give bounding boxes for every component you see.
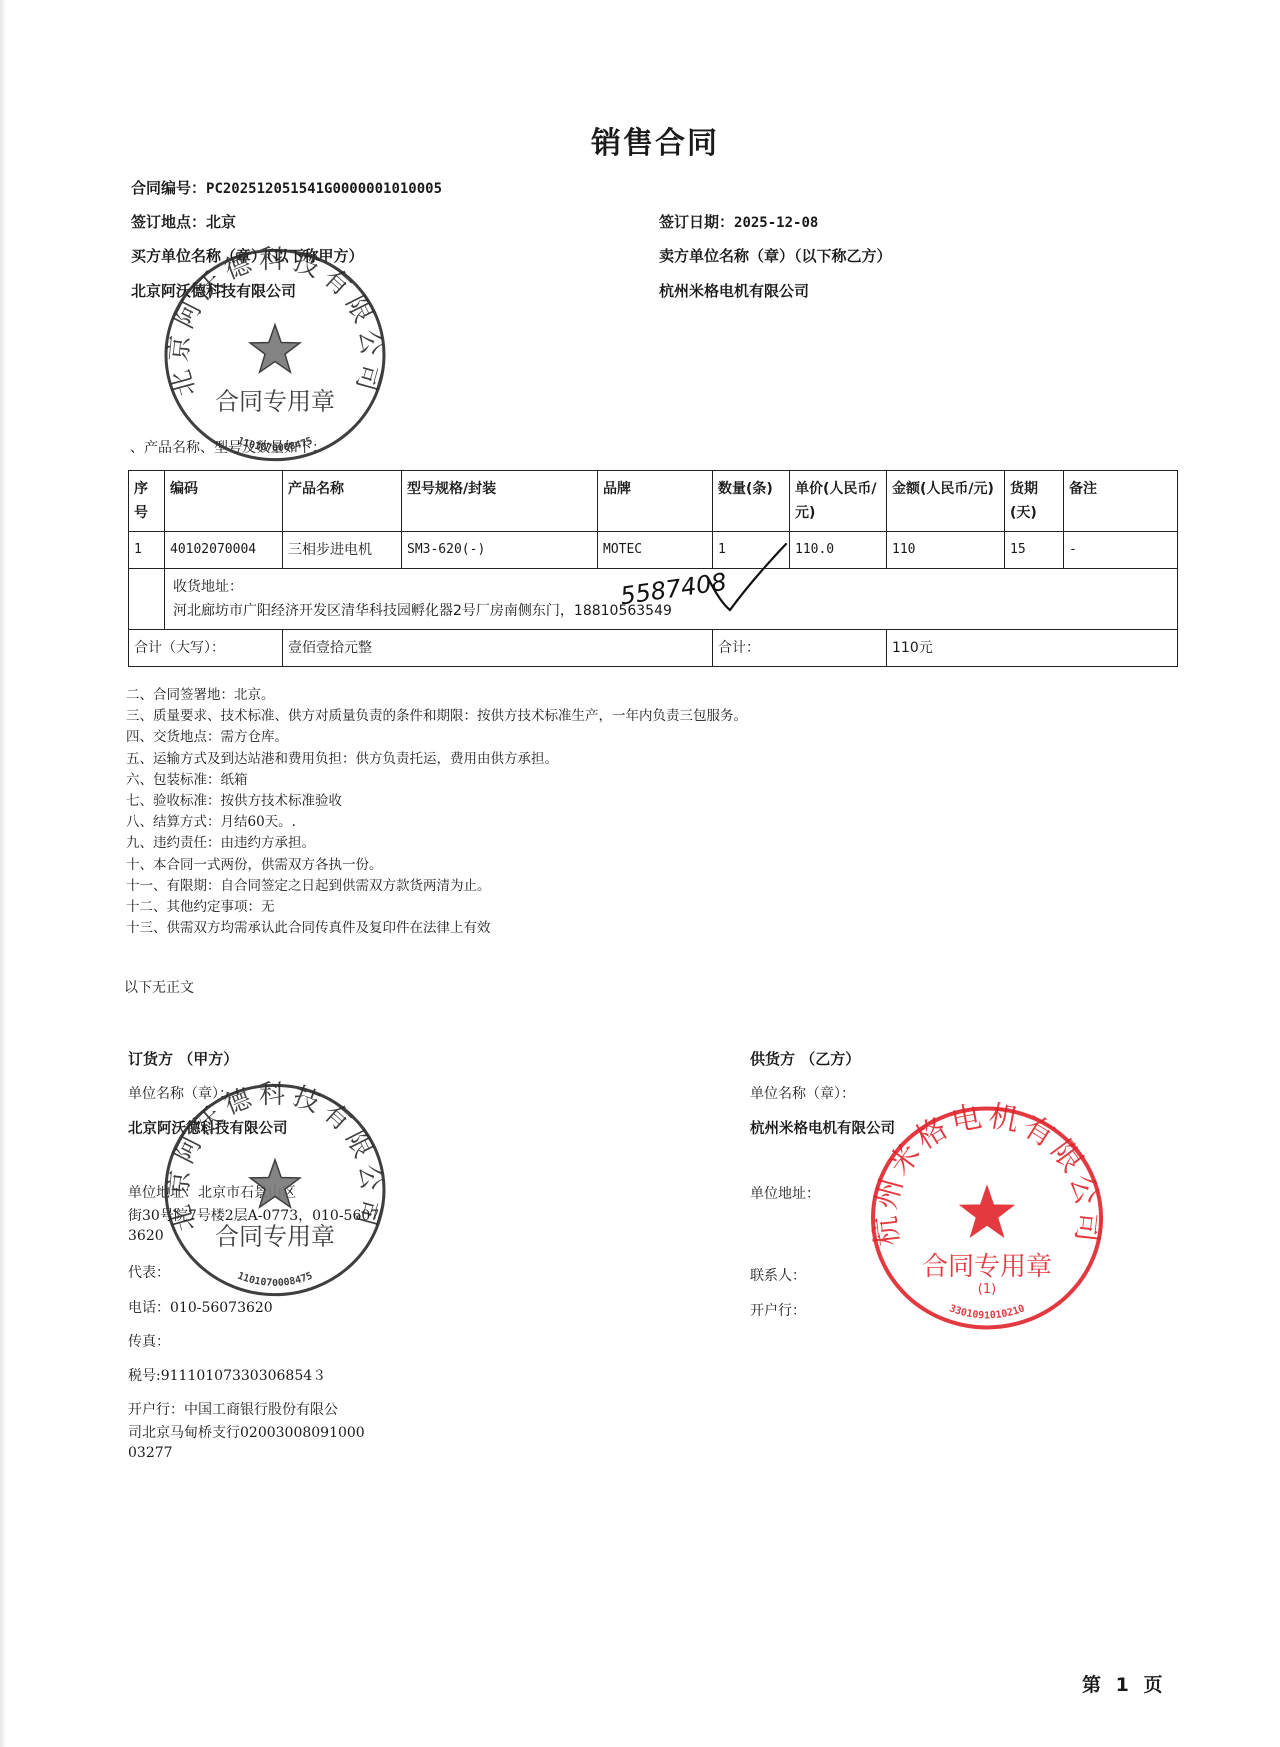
buyer-block-tax: 税号:91110107330306854３	[128, 1365, 326, 1385]
cell-model: SM3-620(-)	[402, 532, 598, 569]
buyer-address-label: 单位地址：	[128, 1185, 198, 1201]
contract-number-row: 合同编号：PC202512051541G0000001010005	[131, 177, 442, 198]
buyer-block-bank-line1: 开户行：中国工商银行股份有限公	[128, 1399, 338, 1419]
sign-date-label: 签订日期：	[659, 213, 734, 231]
buyer-name: 北京阿沃德科技有限公司	[131, 280, 296, 301]
seller-block-name-label: 单位名称（章）：	[750, 1083, 855, 1103]
address-spacer-cell	[129, 569, 165, 630]
total-row: 合计（大写）： 壹佰壹拾元整 合计： 110元	[129, 630, 1178, 667]
scan-edge-shadow	[0, 0, 6, 1747]
table-header-row: 序号 编码 产品名称 型号规格/封装 品牌 数量(条) 单价(人民币/元) 金额…	[129, 471, 1178, 532]
buyer-block-address-line1: 单位地址：北京市石景山区	[128, 1182, 296, 1202]
buyer-block-phone: 电话：010-56073620	[128, 1297, 273, 1317]
total-words-label: 合计（大写）：	[129, 630, 283, 667]
cell-qty: 1	[713, 532, 790, 569]
total-value: 110元	[887, 630, 1178, 667]
buyer-address-line1: 北京市石景山区	[198, 1185, 296, 1201]
sign-place: 北京	[206, 213, 236, 231]
clause-item: 十一、有限期：自合同签定之日起到供需双方款货两清为止。	[126, 876, 747, 897]
seller-block-address-label: 单位地址：	[750, 1183, 820, 1203]
clause-item: 二、合同签署地：北京。	[126, 685, 747, 706]
contract-number: PC202512051541G0000001010005	[206, 181, 442, 197]
sign-place-label: 签订地点：	[131, 213, 206, 231]
buyer-block-address-line3: 3620	[128, 1228, 164, 1244]
clause-item: 十二、其他约定事项：无	[126, 897, 747, 918]
seller-company-seal-icon: 杭州米格电机有限公司合同专用章(1)3301091010210	[862, 1098, 1112, 1338]
col-header-remark: 备注	[1064, 471, 1178, 532]
buyer-block-bank-line2: 司北京马甸桥支行02003008091000	[128, 1422, 365, 1442]
buyer-block-name: 北京阿沃德科技有限公司	[128, 1117, 288, 1138]
buyer-heading: 买方单位名称（章）（以下称甲方）	[131, 245, 364, 266]
buyer-block-rep-label: 代表：	[128, 1262, 170, 1282]
clause-item: 七、验收标准：按供方技术标准验收	[126, 791, 747, 812]
cell-remark: -	[1064, 532, 1178, 569]
seller-block-bank-label: 开户行：	[750, 1300, 806, 1320]
items-table: 序号 编码 产品名称 型号规格/封装 品牌 数量(条) 单价(人民币/元) 金额…	[128, 470, 1178, 667]
col-header-seq: 序号	[129, 471, 165, 532]
items-lead-text: 、产品名称、型号及数量如下：	[130, 437, 326, 457]
clause-item: 六、包装标准：纸箱	[126, 770, 747, 791]
clauses-list: 二、合同签署地：北京。 三、质量要求、技术标准、供方对质量负责的条件和期限：按供…	[126, 685, 747, 939]
sign-date-row: 签订日期：2025-12-08	[659, 211, 818, 232]
buyer-tax-no: 91110107330306854３	[161, 1368, 326, 1384]
clause-item: 十三、供需双方均需承认此合同传真件及复印件在法律上有效	[126, 918, 747, 939]
clause-item: 十、本合同一式两份，供需双方各执一份。	[126, 855, 747, 876]
col-header-code: 编码	[165, 471, 283, 532]
buyer-phone: 010-56073620	[170, 1300, 273, 1316]
buyer-block-fax-label: 传真：	[128, 1331, 170, 1351]
end-note: 以下无正文	[124, 977, 194, 997]
buyer-phone-label: 电话：	[128, 1300, 170, 1316]
svg-text:合同专用章: 合同专用章	[215, 1223, 335, 1251]
svg-text:合同专用章: 合同专用章	[922, 1252, 1052, 1282]
svg-text:1101070008475: 1101070008475	[236, 1271, 315, 1289]
svg-text:北京阿沃德科技有限公司: 北京阿沃德科技有限公司	[164, 245, 386, 400]
col-header-brand: 品牌	[598, 471, 713, 532]
total-label: 合计：	[713, 630, 887, 667]
svg-text:合同专用章: 合同专用章	[215, 388, 335, 416]
cell-code: 40102070004	[165, 532, 283, 569]
svg-text:3301091010210: 3301091010210	[948, 1303, 1027, 1321]
clause-item: 八、结算方式：月结60天。.	[126, 812, 747, 833]
sign-date: 2025-12-08	[734, 215, 818, 231]
seller-heading: 卖方单位名称（章）（以下称乙方）	[659, 245, 892, 266]
clause-item: 九、违约责任：由违约方承担。	[126, 833, 747, 854]
col-header-qty: 数量(条)	[713, 471, 790, 532]
clause-item: 三、质量要求、技术标准、供方对质量负责的条件和期限：按供方技术标准生产，一年内负…	[126, 706, 747, 727]
buyer-block-name-label: 单位名称（章）：	[128, 1083, 233, 1103]
seller-name: 杭州米格电机有限公司	[659, 280, 809, 301]
table-row: 1 40102070004 三相步进电机 SM3-620(-) MOTEC 1 …	[129, 532, 1178, 569]
buyer-block-address-line2: 街30号院7号楼2层A-0773，010-5607	[128, 1205, 379, 1225]
cell-name: 三相步进电机	[283, 532, 402, 569]
buyer-bank-label: 开户行：	[128, 1402, 184, 1418]
svg-text:(1): (1)	[978, 1282, 996, 1297]
col-header-amount: 金额(人民币/元)	[887, 471, 1005, 532]
seller-block-heading: 供货方 （乙方）	[750, 1048, 860, 1069]
cell-amount: 110	[887, 532, 1005, 569]
col-header-lead-days: 货期(天)	[1005, 471, 1064, 532]
buyer-block-heading: 订货方 （甲方）	[128, 1048, 238, 1069]
contract-number-label: 合同编号：	[131, 179, 206, 197]
cell-brand: MOTEC	[598, 532, 713, 569]
buyer-tax-label: 税号:	[128, 1368, 161, 1384]
col-header-unit-price: 单价(人民币/元)	[790, 471, 887, 532]
sign-place-row: 签订地点：北京	[131, 211, 236, 232]
seller-block-contact-label: 联系人：	[750, 1265, 806, 1285]
buyer-block-bank-line3: 03277	[128, 1445, 173, 1461]
buyer-bank-line1: 中国工商银行股份有限公	[184, 1402, 338, 1418]
col-header-name: 产品名称	[283, 471, 402, 532]
svg-text:杭州米格电机有限公司: 杭州米格电机有限公司	[868, 1099, 1107, 1248]
page-number: 第 1 页	[1082, 1670, 1166, 1697]
buyer-company-seal-icon: 北京阿沃德科技有限公司合同专用章1101070008475	[155, 240, 395, 470]
col-header-model: 型号规格/封装	[402, 471, 598, 532]
clause-item: 五、运输方式及到达站港和费用负担：供方负责托运，费用由供方承担。	[126, 749, 747, 770]
seller-block-name: 杭州米格电机有限公司	[750, 1117, 895, 1138]
cell-lead-days: 15	[1005, 532, 1064, 569]
total-words: 壹佰壹拾元整	[283, 630, 713, 667]
cell-unit-price: 110.0	[790, 532, 887, 569]
clause-item: 四、交货地点：需方仓库。	[126, 727, 747, 748]
cell-seq: 1	[129, 532, 165, 569]
document-title: 销售合同	[0, 118, 1280, 162]
